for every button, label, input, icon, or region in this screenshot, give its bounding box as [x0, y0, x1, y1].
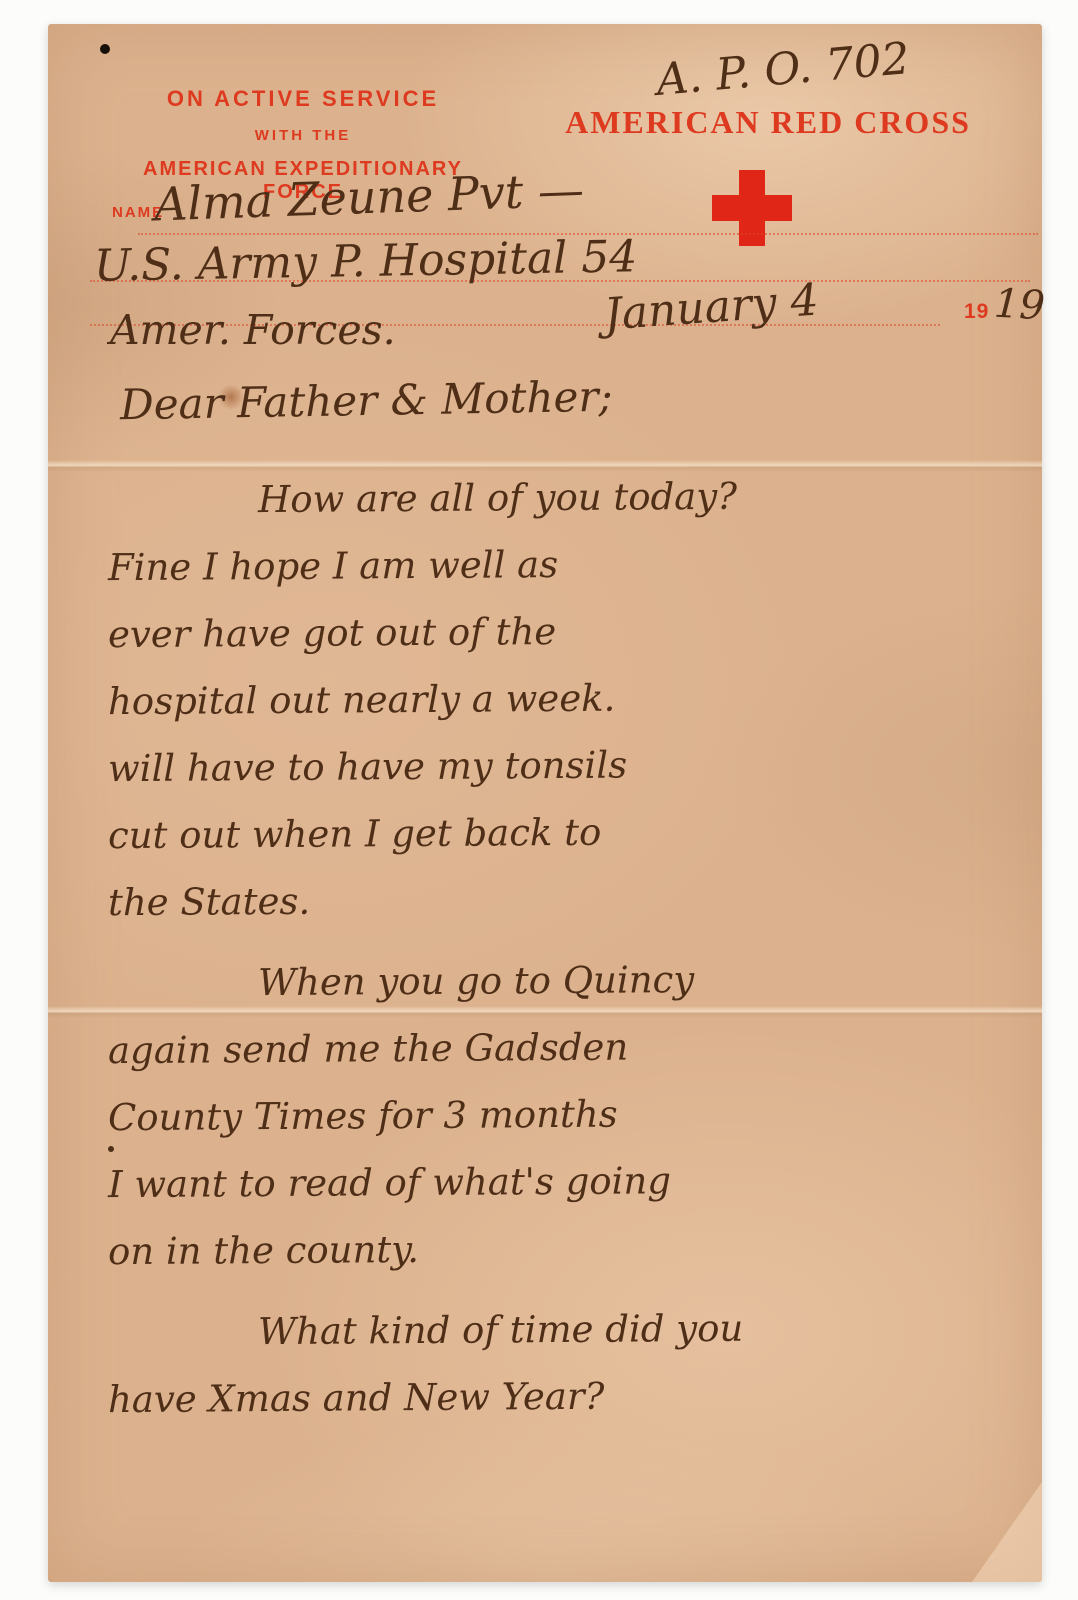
letter-body: How are all of you today?Fine I hope I a…: [108, 464, 1018, 1430]
printed-year: 19: [964, 300, 989, 324]
salutation: Dear Father & Mother;: [120, 372, 613, 430]
letter-line: the States.: [108, 863, 1018, 936]
letter-line: County Times for 3 months: [108, 1078, 1018, 1151]
letter-line: again send me the Gadsden: [108, 1011, 1018, 1084]
letter-line: When you go to Quincy: [108, 944, 1018, 1017]
letter-line: Fine I hope I am well as: [108, 528, 1018, 601]
letter-line: What kind of time did you: [108, 1293, 1018, 1366]
org-title: AMERICAN RED CROSS: [528, 104, 1008, 141]
letter-line: hospital out nearly a week.: [108, 662, 1018, 735]
letter-line: I want to read of what's going: [108, 1145, 1018, 1218]
corner-fold: [972, 1482, 1042, 1582]
letter-line: ever have got out of the: [108, 595, 1018, 668]
letter-date: January 4: [602, 275, 820, 341]
letter-line: will have to have my tonsils: [108, 729, 1018, 802]
sender-unit: U.S. Army P. Hospital 54: [94, 231, 638, 291]
handwritten-year: 19: [993, 281, 1046, 330]
apo-number: A. P. O. 702: [654, 33, 911, 106]
service-line-1: ON ACTIVE SERVICE: [108, 86, 498, 112]
letter-line: cut out when I get back to: [108, 796, 1018, 869]
scanned-letter: ON ACTIVE SERVICE WITH THE AMERICAN EXPE…: [0, 0, 1078, 1600]
ink-blot: [100, 44, 110, 54]
sender-forces: Amer. Forces.: [110, 306, 396, 354]
service-line-2: WITH THE: [108, 127, 498, 144]
letter-line: have Xmas and New Year?: [108, 1360, 1018, 1433]
letter-paper: ON ACTIVE SERVICE WITH THE AMERICAN EXPE…: [48, 24, 1042, 1582]
letter-line: on in the county.: [108, 1212, 1018, 1285]
letter-line: How are all of you today?: [108, 461, 1018, 534]
